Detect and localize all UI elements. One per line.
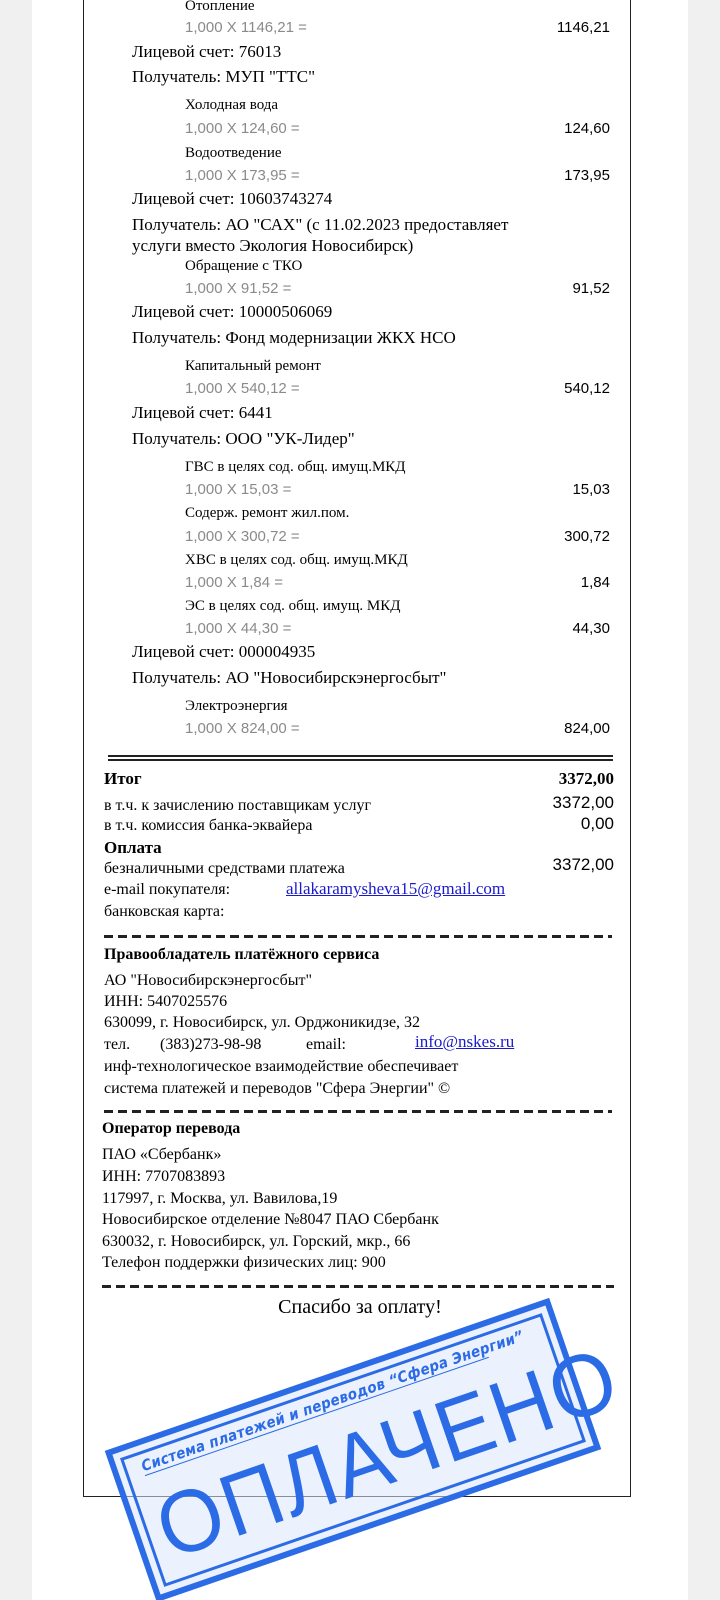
service-amount: 91,52	[572, 280, 610, 297]
service-calc: 1,000 X 1,84 =	[185, 574, 283, 591]
service-calc: 1,000 X 1146,21 =	[185, 19, 307, 36]
service-amount: 15,03	[572, 481, 610, 498]
recipient: Получатель: Фонд модернизации ЖКХ НСО	[132, 328, 456, 348]
dashed-divider	[104, 935, 612, 938]
service-name: Холодная вода	[185, 97, 278, 114]
rights-holder-name: АО "Новосибирскэнергосбыт"	[104, 972, 312, 990]
service-amount: 124,60	[564, 120, 610, 137]
service-amount: 1146,21	[557, 19, 610, 36]
service-amount: 1,84	[581, 574, 610, 591]
card-label: банковская карта:	[104, 903, 224, 921]
service-amount: 173,95	[564, 167, 610, 184]
operator-name: ПАО «Сбербанк»	[102, 1146, 221, 1164]
operator-branch: Новосибирское отделение №8047 ПАО Сберба…	[102, 1211, 439, 1229]
dashed-divider	[102, 1285, 614, 1288]
account-number: Лицевой счет: 10000506069	[132, 302, 332, 322]
recipient: Получатель: АО "Новосибирскэнергосбыт"	[132, 668, 446, 688]
buyer-email-link[interactable]: allakaramysheva15@gmail.com	[286, 879, 505, 899]
phone-number: (383)273-98-98	[160, 1036, 261, 1054]
service-calc: 1,000 X 824,00 =	[185, 720, 300, 737]
recipient-continued: услуги вместо Экология Новосибирск)	[132, 236, 413, 256]
note-line: система платежей и переводов "Сфера Энер…	[104, 1080, 450, 1098]
service-calc: 1,000 X 91,52 =	[185, 280, 291, 297]
service-name: ХВС в целях сод. общ. имущ.МКД	[185, 552, 408, 569]
operator-inn: ИНН: 7707083893	[102, 1168, 225, 1186]
recipient: Получатель: АО "САХ" (с 11.02.2023 предо…	[132, 215, 508, 235]
service-name: Обращение с ТКО	[185, 258, 302, 275]
service-calc: 1,000 X 124,60 =	[185, 120, 300, 137]
note-line: инф-технологическое взаимодействие обесп…	[104, 1058, 458, 1076]
service-name: Отопление	[185, 0, 255, 15]
rights-holder-address: 630099, г. Новосибирск, ул. Орджоникидзе…	[104, 1014, 420, 1032]
recipient: Получатель: ООО "УК-Лидер"	[132, 429, 355, 449]
service-calc: 1,000 X 300,72 =	[185, 528, 300, 545]
total-divider	[108, 755, 613, 761]
total-label: Итог	[104, 769, 142, 789]
service-calc: 1,000 X 44,30 =	[185, 620, 291, 637]
service-amount: 824,00	[564, 720, 610, 737]
rights-holder-heading: Правообладатель платёжного сервиса	[104, 946, 379, 964]
service-calc: 1,000 X 540,12 =	[185, 380, 300, 397]
thanks-message: Спасибо за оплату!	[0, 1296, 720, 1319]
suppliers-label: в т.ч. к зачислению поставщикам услуг	[104, 797, 371, 815]
account-number: Лицевой счет: 76013	[132, 42, 281, 62]
support-phone: Телефон поддержки физических лиц: 900	[102, 1254, 386, 1272]
service-name: ЭС в целях сод. общ. имущ. МКД	[185, 598, 401, 615]
service-name: Водоотведение	[185, 145, 282, 162]
service-name: Капитальный ремонт	[185, 358, 321, 375]
dashed-divider	[104, 1110, 612, 1113]
account-number: Лицевой счет: 6441	[132, 403, 273, 423]
suppliers-value: 3372,00	[553, 793, 614, 813]
account-number: Лицевой счет: 10603743274	[132, 189, 332, 209]
operator-heading: Оператор перевода	[102, 1120, 240, 1138]
rights-holder-email-link[interactable]: info@nskes.ru	[415, 1032, 514, 1052]
operator-branch-address: 630032, г. Новосибирск, ул. Горский, мкр…	[102, 1233, 410, 1251]
service-calc: 1,000 X 173,95 =	[185, 167, 300, 184]
cashless-label: безналичными средствами платежа	[104, 860, 345, 878]
service-amount: 300,72	[564, 528, 610, 545]
phone-label: тел.	[104, 1036, 130, 1054]
account-number: Лицевой счет: 000004935	[132, 642, 315, 662]
recipient: Получатель: МУП "ТТС"	[132, 67, 315, 87]
commission-label: в т.ч. комиссия банка-эквайера	[104, 817, 312, 835]
service-calc: 1,000 X 15,03 =	[185, 481, 291, 498]
service-name: ГВС в целях сод. общ. имущ.МКД	[185, 459, 406, 476]
total-value: 3372,00	[559, 769, 614, 789]
service-name: Электроэнергия	[185, 698, 288, 715]
rights-holder-inn: ИНН: 5407025576	[104, 993, 227, 1011]
payment-label: Оплата	[104, 838, 162, 858]
service-amount: 44,30	[572, 620, 610, 637]
service-name: Содерж. ремонт жил.пом.	[185, 505, 349, 522]
operator-address: 117997, г. Москва, ул. Вавилова,19	[102, 1190, 337, 1208]
commission-value: 0,00	[581, 814, 614, 834]
email-label: e-mail покупателя:	[104, 881, 230, 899]
email-label: email:	[306, 1036, 346, 1054]
cashless-value: 3372,00	[553, 855, 614, 875]
service-amount: 540,12	[564, 380, 610, 397]
